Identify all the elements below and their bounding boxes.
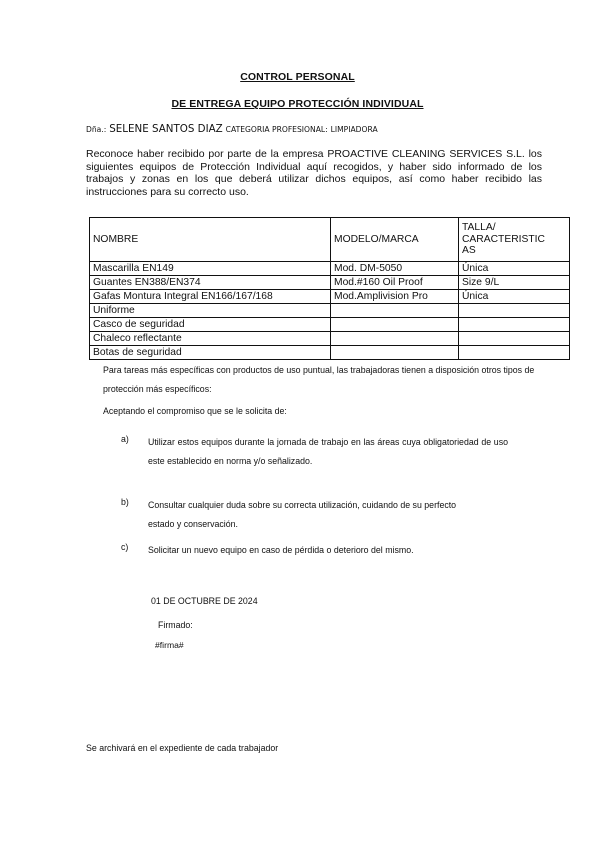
cell-modelo bbox=[331, 318, 459, 332]
table-row: Uniforme bbox=[90, 304, 570, 318]
cell-nombre: Casco de seguridad bbox=[90, 318, 331, 332]
cell-nombre: Chaleco reflectante bbox=[90, 332, 331, 346]
specific-protection-note: Para tareas más específicas con producto… bbox=[103, 361, 553, 399]
worker-prefix: Dña.: bbox=[86, 125, 106, 134]
cell-nombre: Uniforme bbox=[90, 304, 331, 318]
cell-modelo bbox=[331, 332, 459, 346]
table-row: Botas de seguridad bbox=[90, 346, 570, 360]
cell-talla bbox=[459, 332, 570, 346]
table-row: Casco de seguridad bbox=[90, 318, 570, 332]
table-row: Chaleco reflectante bbox=[90, 332, 570, 346]
cell-talla bbox=[459, 346, 570, 360]
commitment-text: Utilizar estos equipos durante la jornad… bbox=[148, 433, 508, 471]
category-value: LIMPIADORA bbox=[331, 125, 378, 134]
cell-modelo: Mod.#160 Oil Proof bbox=[331, 276, 459, 290]
cell-talla: Única bbox=[459, 290, 570, 304]
category-label: CATEGORIA PROFESIONAL: bbox=[226, 125, 328, 134]
table-row: Guantes EN388/EN374 Mod.#160 Oil Proof S… bbox=[90, 276, 570, 290]
cell-nombre: Guantes EN388/EN374 bbox=[90, 276, 331, 290]
cell-talla: Única bbox=[459, 262, 570, 276]
worker-info: Dña.: SELENE SANTOS DIAZ CATEGORIA PROFE… bbox=[86, 123, 378, 135]
commitment-text: Consultar cualquier duda sobre su correc… bbox=[148, 496, 468, 534]
cell-nombre: Botas de seguridad bbox=[90, 346, 331, 360]
table-row: Mascarilla EN149 Mod. DM-5050 Única bbox=[90, 262, 570, 276]
header-modelo: MODELO/MARCA bbox=[331, 218, 459, 262]
document-title: CONTROL PERSONAL bbox=[0, 71, 595, 83]
signature-placeholder: #firma# bbox=[155, 640, 184, 650]
commitment-text: Solicitar un nuevo equipo en caso de pér… bbox=[148, 541, 448, 560]
signed-label: Firmado: bbox=[158, 620, 193, 630]
cell-modelo bbox=[331, 304, 459, 318]
cell-modelo bbox=[331, 346, 459, 360]
table-header-row: NOMBRE MODELO/MARCA TALLA/CARACTERISTICA… bbox=[90, 218, 570, 262]
header-talla: TALLA/CARACTERISTICAS bbox=[459, 218, 570, 262]
cell-nombre: Gafas Montura Integral EN166/167/168 bbox=[90, 290, 331, 304]
footer-note: Se archivará en el expediente de cada tr… bbox=[86, 743, 278, 753]
document-subtitle: DE ENTREGA EQUIPO PROTECCIÓN INDIVIDUAL bbox=[0, 98, 595, 110]
table-row: Gafas Montura Integral EN166/167/168 Mod… bbox=[90, 290, 570, 304]
commitment-label: c) bbox=[121, 541, 128, 553]
intro-paragraph: Reconoce haber recibido por parte de la … bbox=[86, 148, 542, 198]
cell-nombre: Mascarilla EN149 bbox=[90, 262, 331, 276]
cell-modelo: Mod.Amplivision Pro bbox=[331, 290, 459, 304]
commitment-label: a) bbox=[121, 433, 129, 445]
header-nombre: NOMBRE bbox=[90, 218, 331, 262]
ppe-table: NOMBRE MODELO/MARCA TALLA/CARACTERISTICA… bbox=[89, 217, 570, 360]
cell-talla: Size 9/L bbox=[459, 276, 570, 290]
worker-name: SELENE SANTOS DIAZ bbox=[109, 123, 223, 135]
cell-talla bbox=[459, 318, 570, 332]
cell-talla bbox=[459, 304, 570, 318]
document-date: 01 DE OCTUBRE DE 2024 bbox=[151, 596, 258, 606]
cell-modelo: Mod. DM-5050 bbox=[331, 262, 459, 276]
commitment-label: b) bbox=[121, 496, 129, 508]
acceptance-statement: Aceptando el compromiso que se le solici… bbox=[103, 405, 287, 417]
